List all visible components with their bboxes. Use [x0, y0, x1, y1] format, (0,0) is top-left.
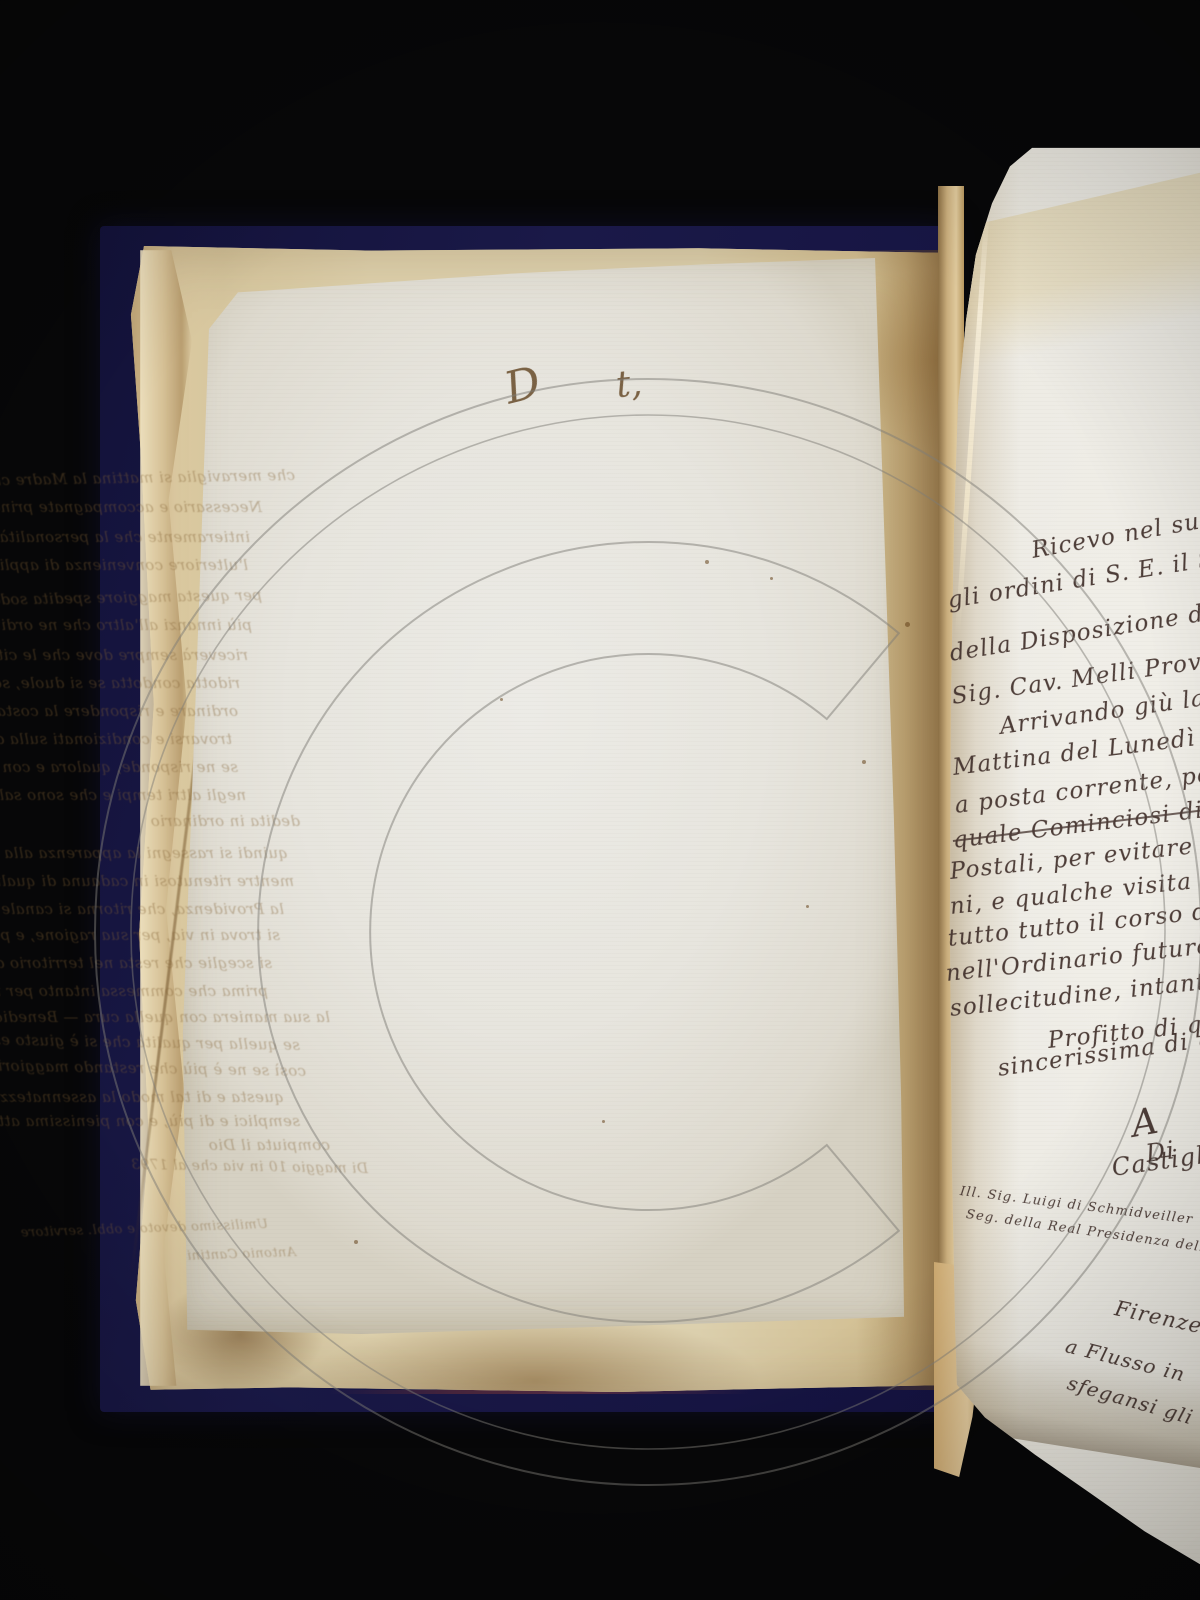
- bleedthrough-signature-line: Antonio Cantini: [187, 1246, 297, 1263]
- bleedthrough-line: dedita in ordinario: [150, 814, 300, 829]
- bleedthrough-line: ridotta condotta se si duole, senza però…: [0, 676, 240, 691]
- bleedthrough-line: questa e di tal modo la assennatezza sin…: [0, 1090, 284, 1105]
- bleedthrough-line: semplici e di più, e con pienissima atte…: [0, 1114, 300, 1129]
- bleedthrough-line: Di maggio 10 in via che al 1793: [131, 1158, 369, 1176]
- foxing-speck: [705, 560, 709, 564]
- bleedthrough-line: compiuta il Dio: [208, 1138, 330, 1153]
- foxing-speck: [905, 622, 910, 627]
- foxing-speck: [500, 698, 503, 701]
- bleedthrough-line: mentre ritenutosi in cadauna di qualità …: [0, 874, 294, 889]
- bleedthrough-line: la sua maniera con quella cura — Benedic…: [0, 1010, 330, 1025]
- bleedthrough-line: negli altri tempi e che sono salvo che g…: [0, 788, 246, 803]
- ink-mark: t,: [614, 363, 644, 406]
- bleedthrough-line: l'ulteriore convenienza di applicazione,…: [0, 558, 248, 573]
- foxing-speck: [806, 905, 809, 908]
- bleedthrough-line: trovarsi e condizionati sulla della como…: [0, 732, 232, 747]
- bleedthrough-line: prima che commessa intanto per mano del …: [0, 984, 268, 999]
- foxing-speck: [770, 577, 773, 580]
- foxing-speck: [354, 1240, 358, 1244]
- bleedthrough-line: la Providenza, che ritorna si canale di …: [0, 902, 284, 917]
- bleedthrough-line: si sceglie che resta nel territorio di c…: [0, 956, 272, 971]
- bleedthrough-line: più innanzi all'altro che ne ordinariame…: [0, 618, 252, 633]
- bleedthrough-line: così se ne è più che restando maggiori d…: [0, 1058, 306, 1079]
- bleedthrough-line: ordinare e rispondere la costanza di alt…: [0, 704, 238, 719]
- bleedthrough-line: riceverà sempre dove che le città che so…: [0, 648, 248, 663]
- photo-of-open-manuscript-book: Dt, che meraviglia si mattina la Madre c…: [0, 0, 1200, 1600]
- foxing-speck: [602, 1120, 605, 1123]
- bleedthrough-line: si trova in via, per sua ragione, e per …: [0, 928, 280, 943]
- foxing-speck: [862, 760, 866, 764]
- bleedthrough-line: Necessario e accompagnate principalmente…: [0, 500, 262, 515]
- bleedthrough-line: se quella per qualità che si è giusto es…: [0, 1031, 300, 1053]
- bleedthrough-line: se ne risponde, qualora e con meno la ve…: [0, 760, 238, 775]
- bleedthrough-line: intieramente che la personalità che è co…: [0, 530, 250, 545]
- bleedthrough-line: quindi si rassegni la apparenza alla con…: [0, 846, 288, 861]
